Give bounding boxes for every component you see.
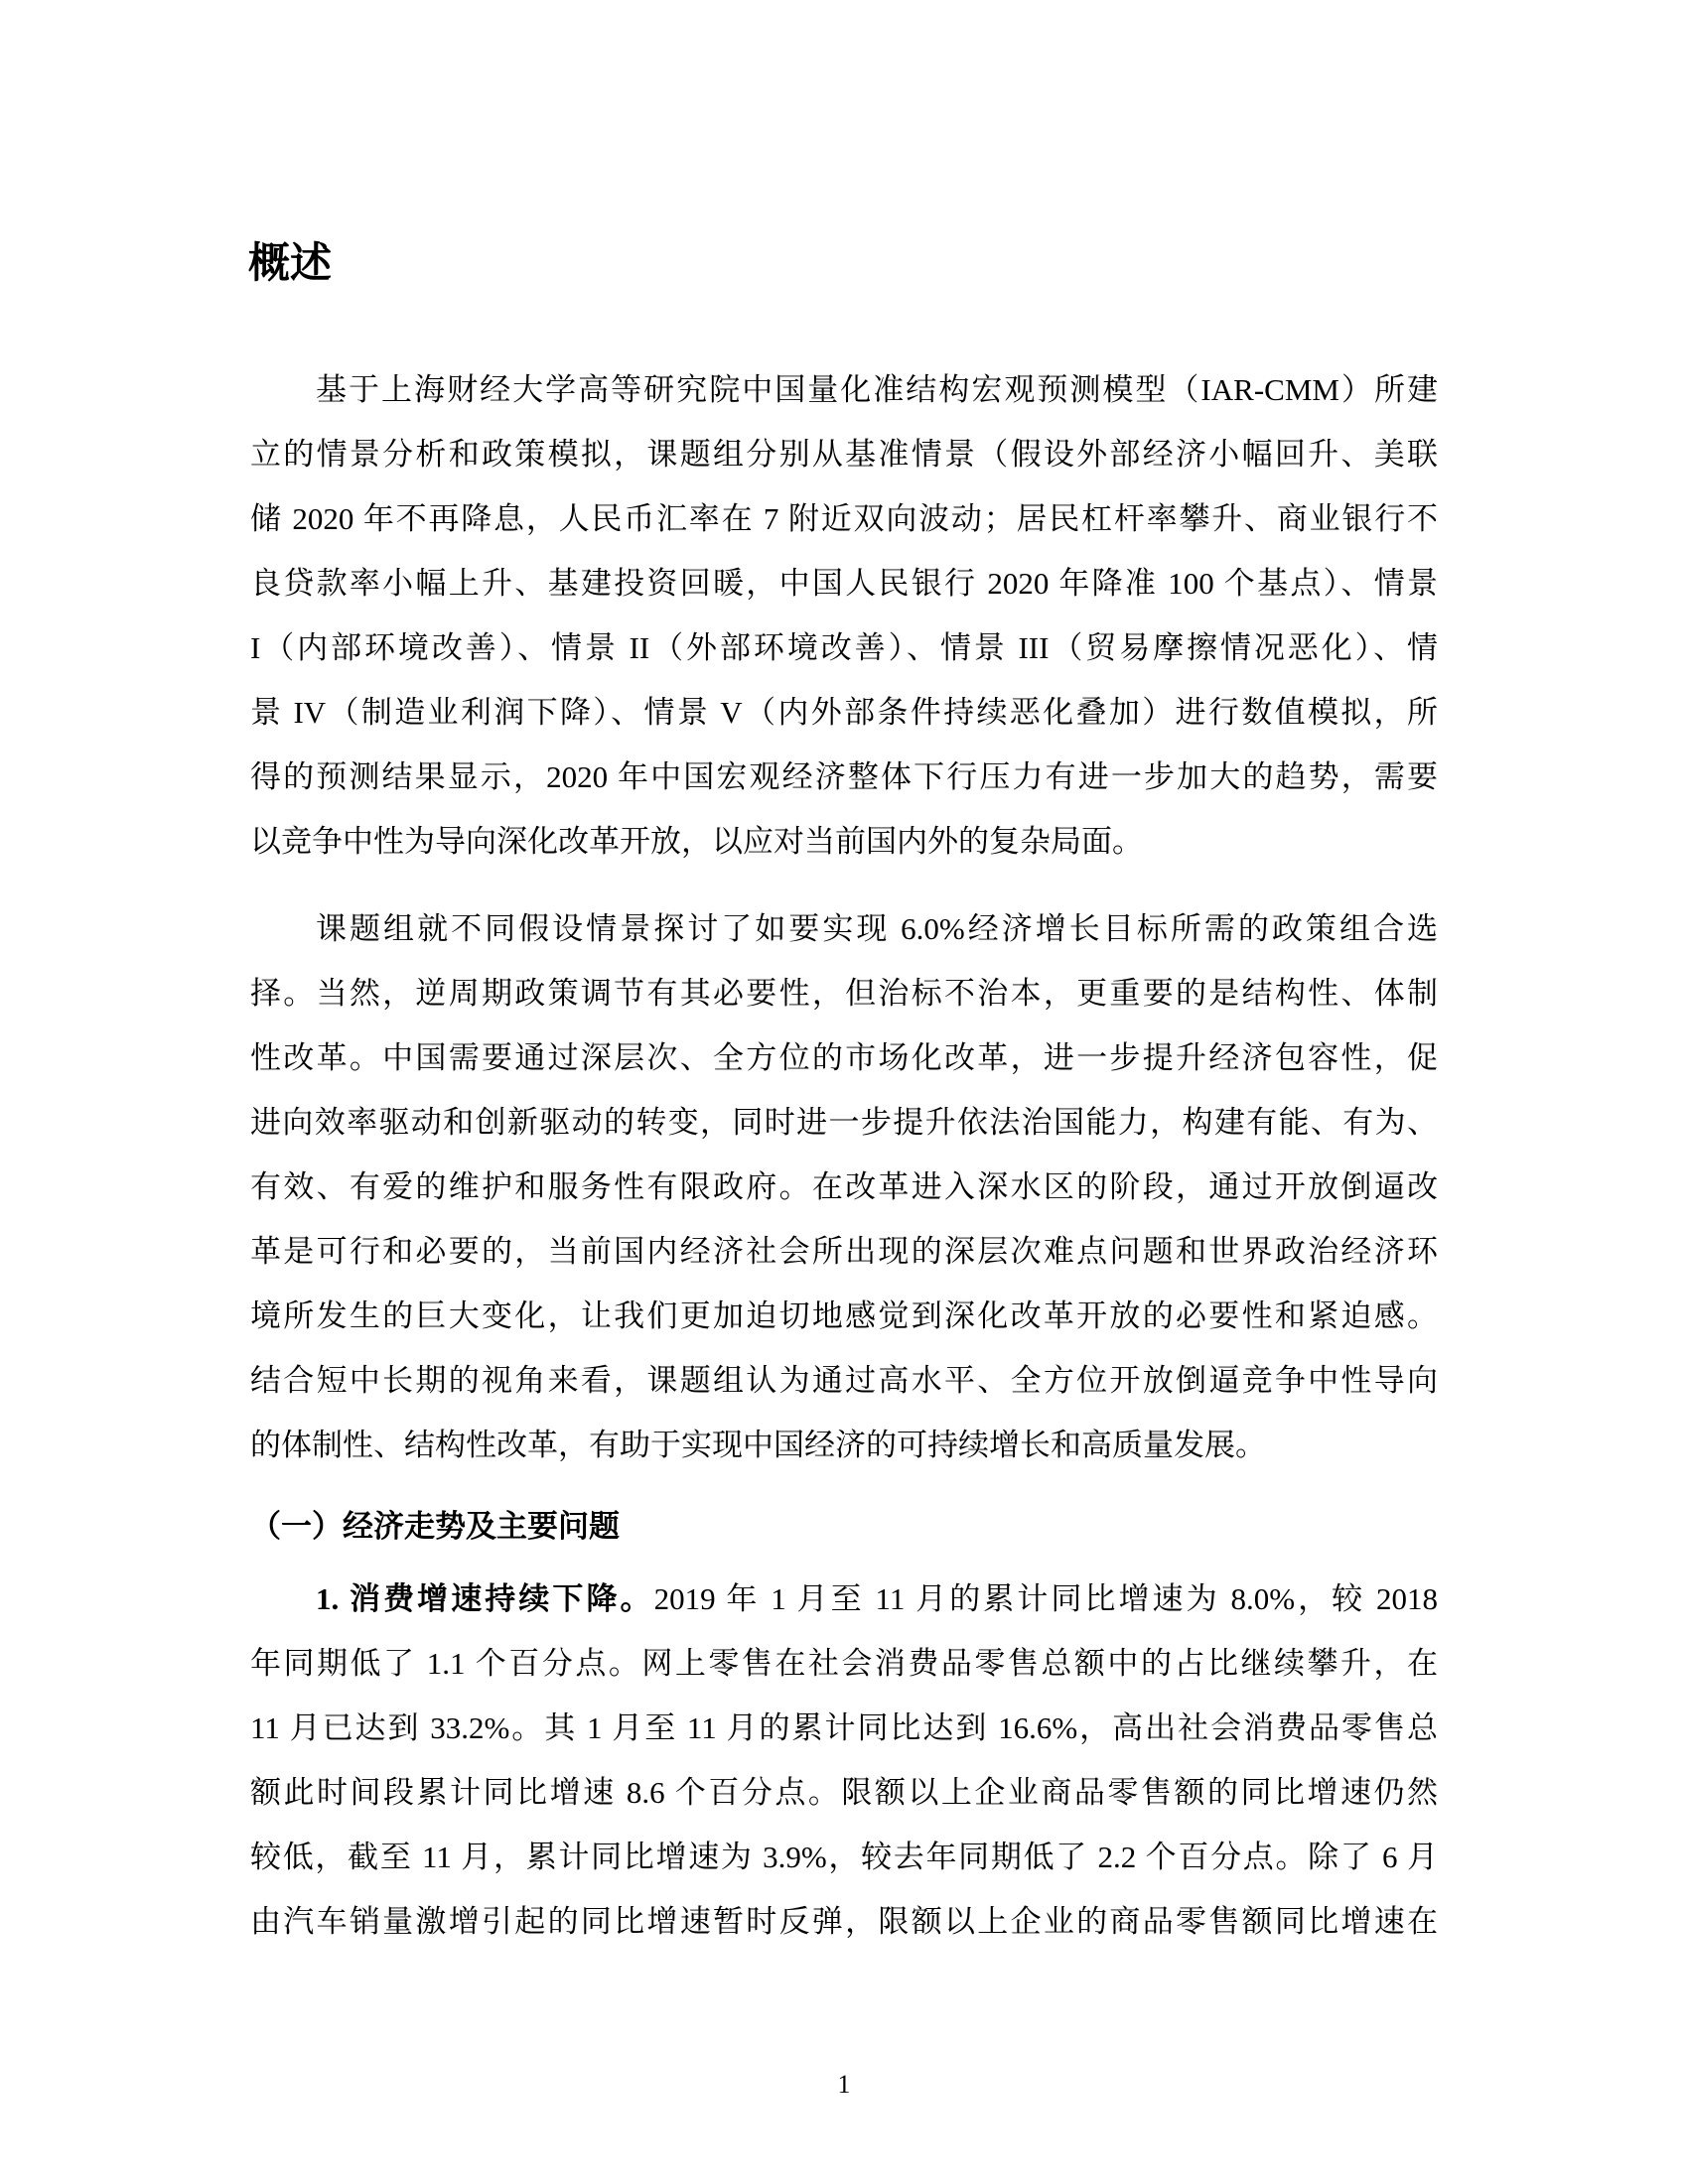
paragraph-line: 以竞争中性为导向深化改革开放，以应对当前国内外的复杂局面。 bbox=[250, 809, 1438, 874]
page-number: 1 bbox=[0, 2067, 1688, 2103]
paragraph-line: 结合短中长期的视角来看，课题组认为通过高水平、全方位开放倒逼竞争中性导向 bbox=[250, 1348, 1438, 1413]
paragraph-line: 进向效率驱动和创新驱动的转变，同时进一步提升依法治国能力，构建有能、有为、 bbox=[250, 1090, 1438, 1155]
document-page: 概述 基于上海财经大学高等研究院中国量化准结构宏观预测模型（IAR-CMM）所建… bbox=[0, 0, 1688, 2184]
paragraph-line: 革是可行和必要的，当前国内经济社会所出现的深层次难点问题和世界政治经济环 bbox=[250, 1219, 1438, 1284]
section-heading: （一）经济走势及主要问题 bbox=[250, 1494, 620, 1559]
paragraph-line: 11 月已达到 33.2%。其 1 月至 11 月的累计同比达到 16.6%，高… bbox=[250, 1696, 1438, 1760]
paragraph-line: 境所发生的巨大变化，让我们更加迫切地感觉到深化改革开放的必要性和紧迫感。 bbox=[250, 1284, 1438, 1348]
paragraph-line: 景 IV（制造业利润下降）、情景 V（内外部条件持续恶化叠加）进行数值模拟，所 bbox=[250, 680, 1438, 745]
paragraph-line: 性改革。中国需要通过深层次、全方位的市场化改革，进一步提升经济包容性，促 bbox=[250, 1025, 1438, 1090]
item-lead-text: 2019 年 1 月至 11 月的累计同比增速为 8.0%，较 2018 bbox=[654, 1581, 1438, 1616]
paragraph-line: 的体制性、结构性改革，有助于实现中国经济的可持续增长和高质量发展。 bbox=[250, 1413, 1438, 1477]
paragraph-line: 较低，截至 11 月，累计同比增速为 3.9%，较去年同期低了 2.2 个百分点… bbox=[250, 1825, 1438, 1889]
paragraph-line: 基于上海财经大学高等研究院中国量化准结构宏观预测模型（IAR-CMM）所建 bbox=[250, 357, 1438, 422]
paragraph-line: 择。当然，逆周期政策调节有其必要性，但治标不治本，更重要的是结构性、体制 bbox=[250, 961, 1438, 1025]
item-lead-heading: 1. 消费增速持续下降。 bbox=[316, 1581, 654, 1616]
paragraph-overview-1: 基于上海财经大学高等研究院中国量化准结构宏观预测模型（IAR-CMM）所建 立的… bbox=[250, 357, 1438, 874]
paragraph-line: 年同期低了 1.1 个百分点。网上零售在社会消费品零售总额中的占比继续攀升，在 bbox=[250, 1631, 1438, 1696]
paragraph-line: I（内部环境改善）、情景 II（外部环境改善）、情景 III（贸易摩擦情况恶化）… bbox=[250, 615, 1438, 680]
paragraph-line: 额此时间段累计同比增速 8.6 个百分点。限额以上企业商品零售额的同比增速仍然 bbox=[250, 1760, 1438, 1825]
paragraph-line: 课题组就不同假设情景探讨了如要实现 6.0%经济增长目标所需的政策组合选 bbox=[250, 896, 1438, 961]
document-title: 概述 bbox=[248, 238, 332, 288]
paragraph-line: 由汽车销量激增引起的同比增速暂时反弹，限额以上企业的商品零售额同比增速在 bbox=[250, 1889, 1438, 1954]
paragraph-line: 良贷款率小幅上升、基建投资回暖，中国人民银行 2020 年降准 100 个基点）… bbox=[250, 551, 1438, 615]
paragraph-overview-2: 课题组就不同假设情景探讨了如要实现 6.0%经济增长目标所需的政策组合选 择。当… bbox=[250, 896, 1438, 1477]
paragraph-line: 有效、有爱的维护和服务性有限政府。在改革进入深水区的阶段，通过开放倒逼改 bbox=[250, 1155, 1438, 1219]
paragraph-line: 得的预测结果显示，2020 年中国宏观经济整体下行压力有进一步加大的趋势，需要 bbox=[250, 745, 1438, 809]
paragraph-line: 储 2020 年不再降息，人民币汇率在 7 附近双向波动；居民杠杆率攀升、商业银… bbox=[250, 486, 1438, 551]
paragraph-line: 立的情景分析和政策模拟，课题组分别从基准情景（假设外部经济小幅回升、美联 bbox=[250, 422, 1438, 486]
paragraph-consumption: 1. 消费增速持续下降。2019 年 1 月至 11 月的累计同比增速为 8.0… bbox=[250, 1567, 1438, 1954]
paragraph-line: 1. 消费增速持续下降。2019 年 1 月至 11 月的累计同比增速为 8.0… bbox=[250, 1567, 1438, 1631]
